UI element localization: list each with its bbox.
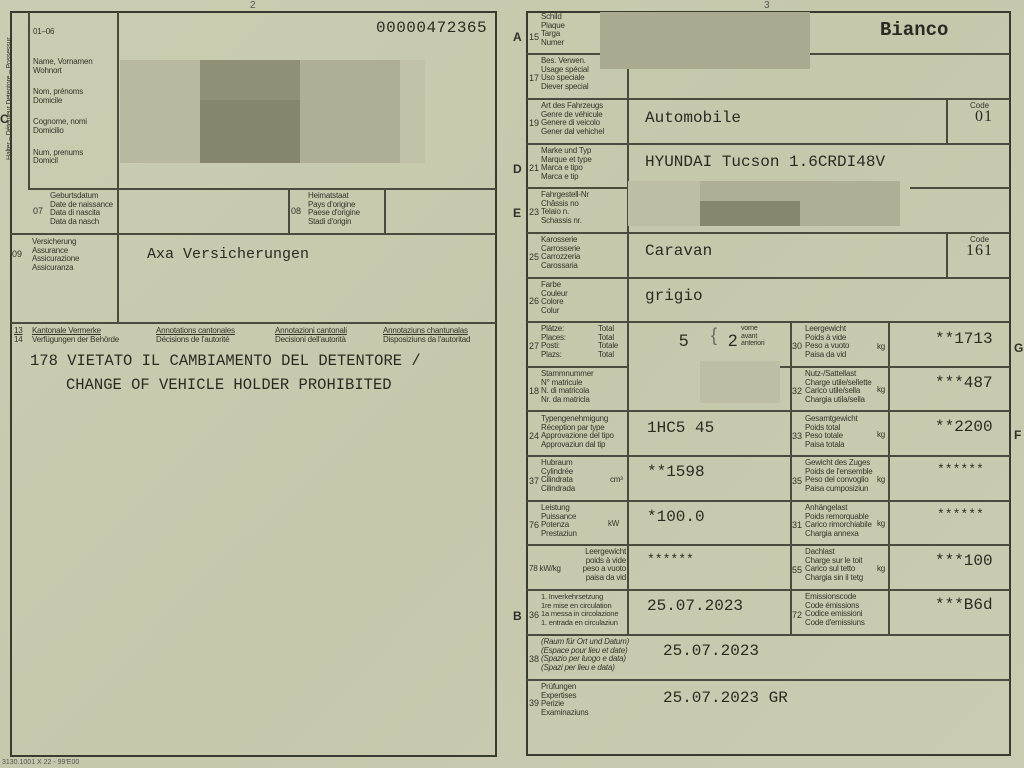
place-date-labels: (Raum für Ort und Datum) (Espace pour li… bbox=[541, 638, 629, 672]
label: Chargia utila/sella bbox=[805, 396, 872, 405]
annotations-de: Kantonale Vermerke Verfügungen der Behör… bbox=[32, 326, 119, 344]
unit-kg: kg bbox=[877, 520, 885, 529]
redacted-holder-name bbox=[400, 60, 425, 163]
redacted-chassis-number bbox=[700, 201, 800, 226]
empty-weight-value: **1713 bbox=[935, 330, 993, 348]
label: Domicil bbox=[33, 157, 92, 166]
divider bbox=[527, 277, 1010, 279]
chassis-labels: Fahrgestell-Nr Châssis no Telaio n. Scha… bbox=[541, 191, 589, 225]
divider bbox=[527, 589, 1010, 591]
divider bbox=[527, 321, 1010, 323]
side-letter-e: E bbox=[513, 206, 521, 220]
holder-vertical-label: Halter – Détenteur Detentore – Possessur bbox=[6, 30, 14, 160]
divider bbox=[527, 679, 1010, 681]
divider bbox=[527, 544, 1010, 546]
plate-labels: Schild Plaque Targa Numer bbox=[541, 13, 565, 47]
label: Chargia sin il tetg bbox=[805, 574, 863, 583]
divider bbox=[527, 232, 1010, 234]
field-number-23: 23 bbox=[529, 207, 539, 217]
label: Approvaziun dal tip bbox=[541, 441, 614, 450]
field-number-18: 18 bbox=[529, 386, 539, 396]
label: Diever special bbox=[541, 83, 589, 92]
field-number-26: 26 bbox=[529, 296, 539, 306]
label: Data da nasch bbox=[50, 218, 113, 227]
label: Code d'emissiuns bbox=[805, 619, 865, 628]
payload-value: ***487 bbox=[935, 374, 993, 392]
annotations-fr: Annotations cantonales Décisions de l'au… bbox=[156, 326, 235, 344]
side-letter-b: B bbox=[513, 609, 522, 623]
label: Total bbox=[598, 351, 618, 360]
displacement-value: **1598 bbox=[647, 463, 705, 481]
body-code: 161 bbox=[966, 242, 993, 260]
displacement-unit: cm³ bbox=[610, 476, 623, 485]
annotation-text-line2: CHANGE OF VEHICLE HOLDER PROHIBITED bbox=[66, 376, 392, 394]
label: Carossaria bbox=[541, 262, 580, 271]
redacted-holder-name bbox=[200, 100, 300, 163]
label: Stadi d'origin bbox=[308, 218, 360, 227]
emissions-value: ***B6d bbox=[935, 596, 993, 614]
divider bbox=[527, 634, 1010, 636]
divider bbox=[10, 322, 496, 324]
page-number-left: 2 bbox=[250, 0, 256, 11]
power-weight-unit: kW/kg bbox=[540, 564, 561, 573]
body-value: Caravan bbox=[645, 242, 712, 260]
train-weight-value: ****** bbox=[937, 462, 984, 477]
divider bbox=[117, 12, 119, 322]
field-number-09: 09 bbox=[12, 249, 22, 259]
make-model-value: HYUNDAI Tucson 1.6CRDI48V bbox=[645, 153, 885, 171]
divider bbox=[384, 189, 386, 233]
field-number-33: 33 bbox=[792, 431, 802, 441]
divider bbox=[946, 232, 948, 277]
label: Paisa da vid bbox=[805, 351, 849, 360]
field-number-76: 76 bbox=[529, 520, 539, 530]
label: Domicile bbox=[33, 97, 92, 106]
redacted-holder-name bbox=[200, 60, 300, 100]
divider bbox=[28, 188, 496, 190]
label: Nr. da matricla bbox=[541, 396, 593, 405]
label: 14 bbox=[14, 335, 23, 344]
label: avant bbox=[741, 333, 765, 341]
serial-labels: Stammnummer N° matricule N. di matricola… bbox=[541, 370, 593, 404]
label: Wohnort bbox=[33, 67, 92, 76]
unit-kg: kg bbox=[877, 343, 885, 352]
label: anteriori bbox=[741, 340, 765, 348]
label: Disposiziuns da l'autoritad bbox=[383, 335, 470, 344]
label: Examinaziuns bbox=[541, 709, 588, 718]
seats-front-labels: vorne avant anteriori bbox=[741, 325, 765, 348]
trailer-load-labels: Anhängelast Poids remorquable Carico rim… bbox=[805, 504, 872, 538]
label: Kantonale Vermerke bbox=[32, 326, 119, 335]
annotations-it: Annotazioni cantonali Decisioni dell'aut… bbox=[275, 326, 347, 344]
vehicle-type-labels: Art des Fahrzeugs Genre de véhicule Gene… bbox=[541, 102, 604, 136]
first-registration-labels: 1. Inverkehrsetzung 1re mise en circulat… bbox=[541, 593, 618, 627]
divider bbox=[527, 143, 1010, 145]
type-approval-value: 1HC5 45 bbox=[647, 419, 714, 437]
side-letter-f: F bbox=[1014, 428, 1021, 442]
divider bbox=[910, 187, 1010, 189]
field-number-36: 36 bbox=[529, 610, 539, 620]
label: Décisions de l'autorité bbox=[156, 335, 235, 344]
divider bbox=[810, 53, 1010, 55]
label: Paisa totala bbox=[805, 441, 858, 450]
place-date-value: 25.07.2023 bbox=[663, 642, 759, 660]
seats-total-labels: Total Total Totale Total bbox=[598, 325, 618, 359]
label: Paisa cumposiziun bbox=[805, 485, 873, 494]
unit-kg: kg bbox=[877, 431, 885, 440]
field-number-32: 32 bbox=[792, 386, 802, 396]
color-value: grigio bbox=[645, 287, 703, 305]
field-number-24: 24 bbox=[529, 431, 539, 441]
field-number-78: 78 bbox=[529, 564, 538, 573]
empty-weight-labels: Leergewicht Poids à vide Peso a vuoto Pa… bbox=[805, 325, 849, 359]
divider bbox=[10, 233, 496, 235]
spacer bbox=[33, 136, 92, 149]
field-number-39: 39 bbox=[529, 698, 539, 708]
label: (Spazi per lieu e data) bbox=[541, 664, 629, 673]
annotations-rm: Annotaziuns chantunalas Disposiziuns da … bbox=[383, 326, 470, 344]
power-weight-num: 78 kW/kg bbox=[529, 565, 561, 574]
page-number-right: 3 bbox=[764, 0, 770, 11]
emissions-labels: Emissionscode Code émissions Codice emis… bbox=[805, 593, 865, 627]
label: Prestaziun bbox=[541, 530, 577, 539]
label: Chargia annexa bbox=[805, 530, 872, 539]
payload-labels: Nutz-/Sattellast Charge utile/sellette C… bbox=[805, 370, 872, 404]
train-weight-labels: Gewicht des Zuges Poids de l'ensemble Pe… bbox=[805, 459, 873, 493]
field-number-25: 25 bbox=[529, 252, 539, 262]
divider bbox=[527, 410, 1010, 412]
total-weight-value: **2200 bbox=[935, 418, 993, 436]
divider bbox=[946, 98, 948, 143]
divider bbox=[527, 455, 1010, 457]
label: Domicilio bbox=[33, 127, 92, 136]
power-unit: kW bbox=[608, 520, 619, 529]
power-value: *100.0 bbox=[647, 508, 705, 526]
redacted-chassis-number bbox=[700, 181, 800, 201]
label: Annotations cantonales bbox=[156, 326, 235, 335]
power-weight-value: ****** bbox=[647, 552, 694, 567]
birthdate-labels: Geburtsdatum Date de naissance Data di n… bbox=[50, 192, 113, 226]
field-number-35: 35 bbox=[792, 476, 802, 486]
side-letter-a: A bbox=[513, 30, 522, 44]
power-labels: Leistung Puissance Potenza Prestaziun bbox=[541, 504, 577, 538]
fields-range: 01–06 bbox=[33, 28, 54, 37]
roof-load-labels: Dachlast Charge sur le toit Carico sul t… bbox=[805, 548, 863, 582]
make-model-labels: Marke und Typ Marque et type Marca e tip… bbox=[541, 147, 592, 181]
label: Annotazioni cantonali bbox=[275, 326, 347, 335]
canton-value: Bianco bbox=[880, 19, 948, 41]
unit-kg: kg bbox=[877, 565, 885, 574]
field-number-37: 37 bbox=[529, 476, 539, 486]
divider bbox=[527, 366, 627, 368]
total-weight-labels: Gesamtgewicht Poids total Peso totale Pa… bbox=[805, 415, 858, 449]
vehicle-type-code: 01 bbox=[975, 108, 993, 126]
footer-code: 3130.1001 X 22 - 99'E00 bbox=[2, 759, 79, 766]
redacted-chassis-number bbox=[628, 181, 700, 226]
seats-front-value: 2 bbox=[728, 331, 737, 351]
field-number-27: 27 bbox=[529, 341, 539, 351]
label: Decisioni dell'autorità bbox=[275, 335, 347, 344]
body-labels: Karosserie Carrosserie Carrozzeria Caros… bbox=[541, 236, 580, 270]
field-number-21: 21 bbox=[529, 163, 539, 173]
label: Cilindrada bbox=[541, 485, 575, 494]
unit-kg: kg bbox=[877, 476, 885, 485]
color-labels: Farbe Couleur Colore Colur bbox=[541, 281, 568, 315]
displacement-labels: Hubraum Cylindrée Cilindrata Cilindrada bbox=[541, 459, 575, 493]
holder-labels: Name, Vornamen Wohnort Nom, prénoms Domi… bbox=[33, 58, 92, 166]
divider bbox=[288, 189, 290, 233]
field-number-15: 15 bbox=[529, 32, 539, 42]
label: Plazs: bbox=[541, 351, 566, 360]
field-number-19: 19 bbox=[529, 118, 539, 128]
field-number-30: 30 bbox=[792, 341, 802, 351]
field-number-08: 08 bbox=[291, 206, 301, 216]
trailer-load-value: ****** bbox=[937, 507, 984, 522]
field-number-38: 38 bbox=[529, 654, 539, 664]
field-number-17: 17 bbox=[529, 73, 539, 83]
side-letter-g: G bbox=[1014, 341, 1023, 355]
divider bbox=[527, 500, 1010, 502]
field-number-72: 72 bbox=[792, 610, 802, 620]
divider bbox=[28, 12, 30, 188]
label: Colur bbox=[541, 307, 568, 316]
label: vorne bbox=[741, 325, 765, 333]
first-registration-value: 25.07.2023 bbox=[647, 597, 743, 615]
inspections-value: 25.07.2023 GR bbox=[663, 689, 788, 707]
label: Verfügungen der Behörde bbox=[32, 335, 119, 344]
origin-labels: Heimatstaat Pays d'origine Paese d'origi… bbox=[308, 192, 360, 226]
label: Numer bbox=[541, 39, 565, 48]
label: Marca e tip bbox=[541, 173, 592, 182]
divider bbox=[770, 366, 1010, 368]
field-number-07: 07 bbox=[33, 206, 43, 216]
seats-labels: Plätze: Places: Posti: Plazs: bbox=[541, 325, 566, 359]
annotation-text-line1: 178 VIETATO IL CAMBIAMENTO DEL DETENTORE… bbox=[30, 352, 421, 370]
redacted-plate-number bbox=[600, 12, 810, 69]
seats-total-value: 5 bbox=[679, 331, 688, 351]
field-number-55: 55 bbox=[792, 565, 802, 575]
label: Annotaziuns chantunalas bbox=[383, 326, 470, 335]
insurance-labels: Versicherung Assurance Assicurazione Ass… bbox=[32, 238, 79, 272]
inspections-labels: Prüfungen Expertises Perizie Examinaziun… bbox=[541, 683, 588, 717]
redacted-chassis-number bbox=[800, 181, 900, 226]
annotation-nums: 13 14 bbox=[14, 326, 23, 344]
divider bbox=[888, 321, 890, 634]
label: Gener dal vehichel bbox=[541, 128, 604, 137]
field-number-31: 31 bbox=[792, 520, 802, 530]
unit-kg: kg bbox=[877, 386, 885, 395]
divider bbox=[627, 68, 629, 634]
vehicle-type-value: Automobile bbox=[645, 109, 741, 127]
power-weight-labels: Leergewicht poids à vide peso a vuoto pa… bbox=[576, 548, 626, 582]
label: 13 bbox=[14, 326, 23, 335]
label: Schassis nr. bbox=[541, 217, 589, 226]
redacted-serial-number bbox=[700, 361, 780, 403]
label: 1. entrada en circulaziun bbox=[541, 619, 618, 628]
type-approval-labels: Typengenehmigung Réception par type Appr… bbox=[541, 415, 614, 449]
divider bbox=[527, 98, 1010, 100]
roof-load-value: ***100 bbox=[935, 552, 993, 570]
divider bbox=[527, 187, 627, 189]
redacted-holder-name bbox=[300, 60, 400, 163]
label: paisa da vid bbox=[576, 574, 626, 583]
special-use-labels: Bes. Verwen. Usage spécial Uso speciale … bbox=[541, 57, 589, 91]
side-letter-d: D bbox=[513, 162, 522, 176]
insurance-value: Axa Versicherungen bbox=[147, 246, 309, 263]
document-number: 00000472365 bbox=[376, 19, 487, 37]
label: Assicuranza bbox=[32, 264, 79, 273]
redacted-holder-name bbox=[120, 60, 200, 163]
seats-separator: { bbox=[711, 325, 717, 346]
